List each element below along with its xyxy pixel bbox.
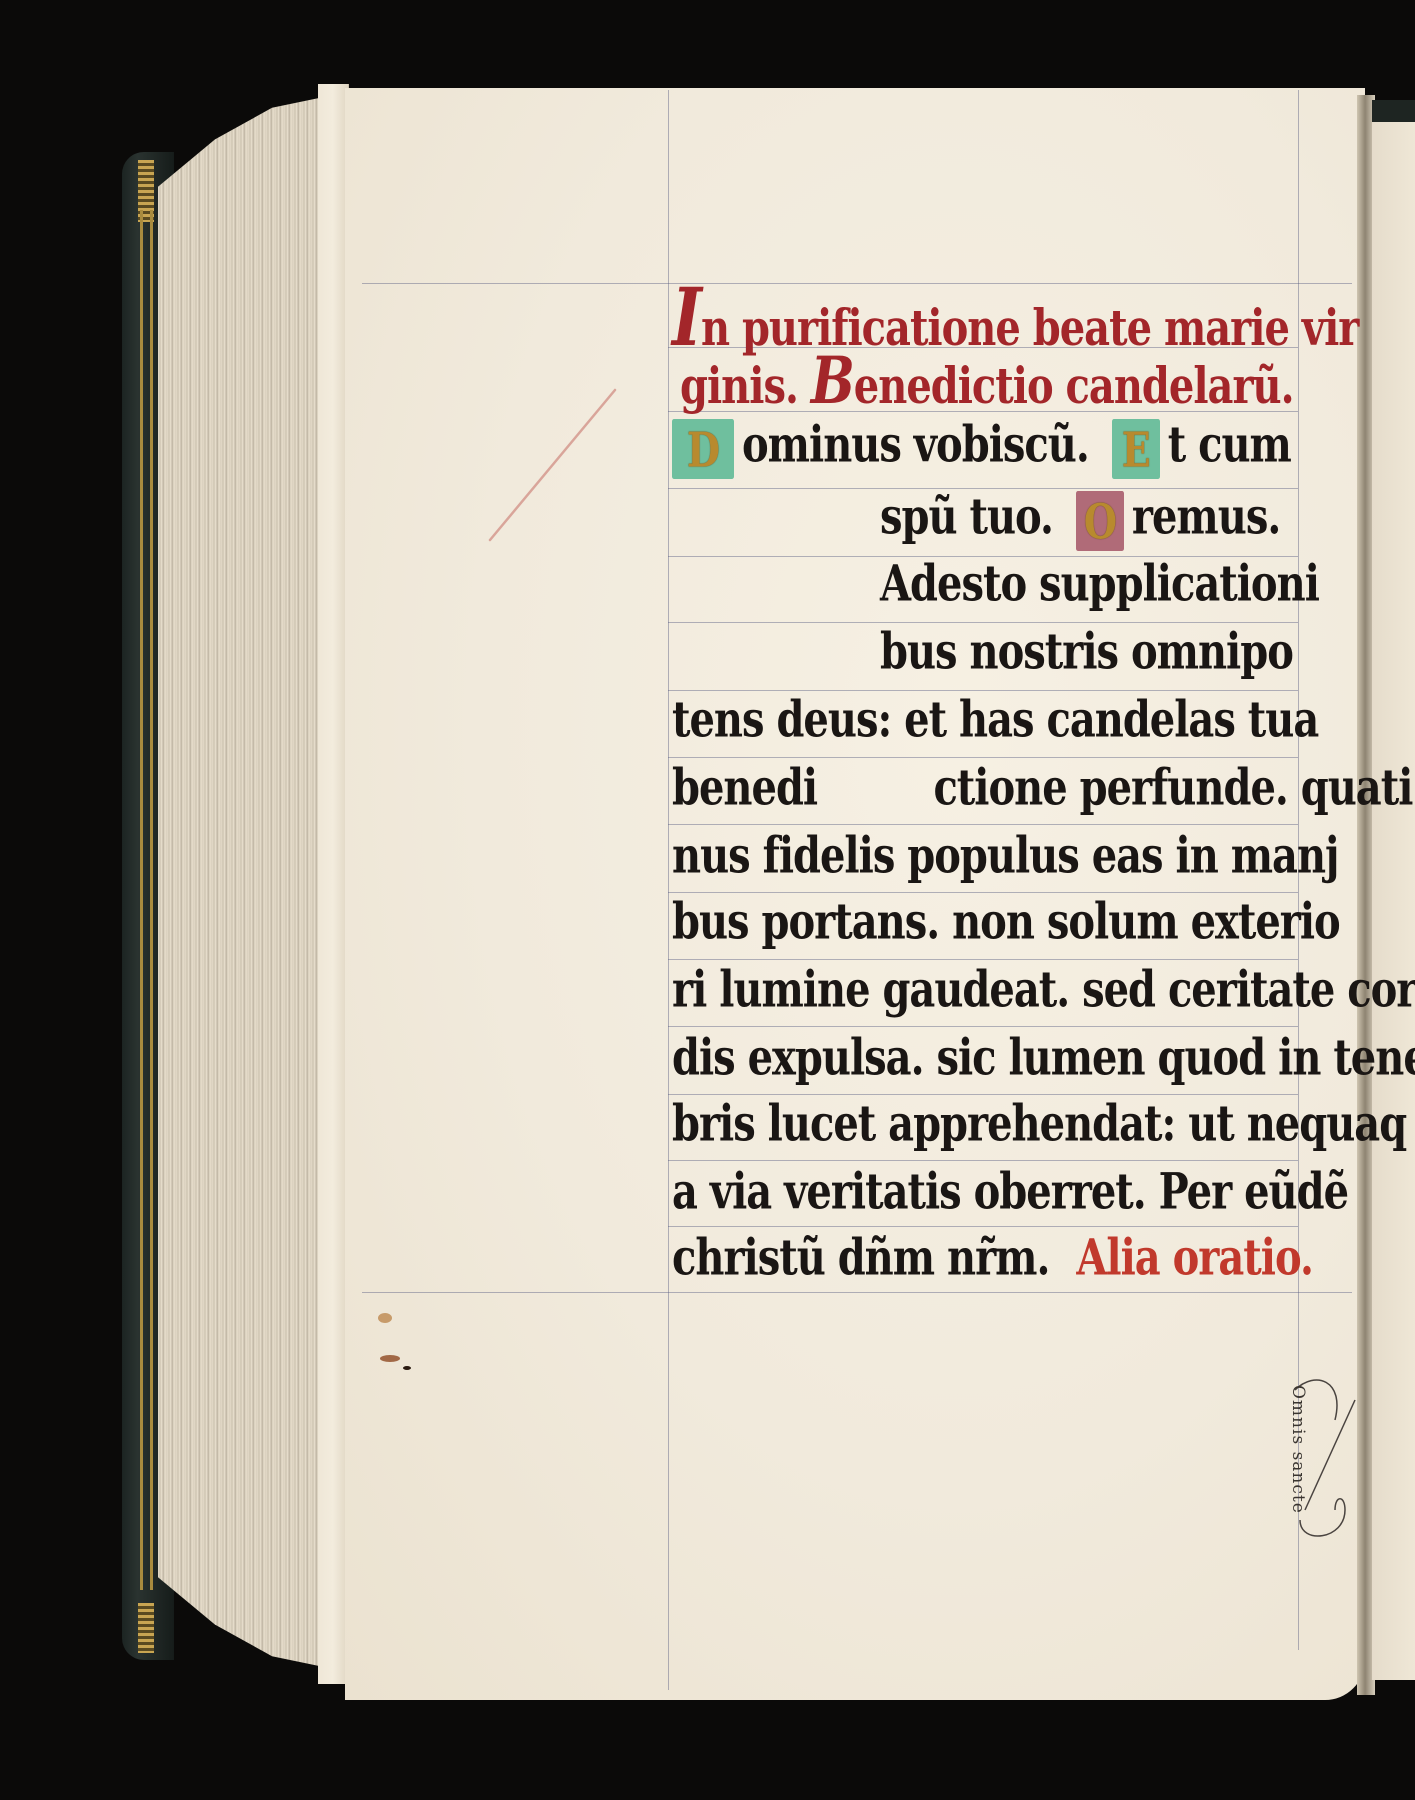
stain-mark — [378, 1313, 392, 1323]
versicle-line-2: spũ tuo. Oremus. — [880, 487, 1280, 551]
prayer-line: tens deus: et has candelas tua — [672, 690, 1318, 749]
illuminated-initial-E: E — [1112, 419, 1160, 479]
prayer-line: bus portans. non solum exterio — [672, 892, 1340, 951]
ruling-line — [668, 1026, 1298, 1027]
prayer-line: nus fidelis populus eas in manj — [672, 826, 1339, 885]
spine-gilt-bottom — [138, 1603, 154, 1653]
rubric-alia-oratio: Alia oratio. — [1076, 1228, 1313, 1287]
ruling-bottom — [362, 1292, 1352, 1293]
spine-gilt-line — [140, 210, 143, 1590]
spine-gilt-line — [150, 210, 153, 1590]
red-pen-stroke-icon — [480, 385, 620, 545]
catchword: Omnis sancte — [1288, 1385, 1308, 1514]
prayer-line: benedi ctione perfunde. quati — [672, 758, 1412, 817]
stain-mark — [403, 1366, 411, 1370]
versicle-line-1: Dominus vobiscũ. Et cum — [672, 415, 1291, 479]
prayer-line: Adesto supplicationi — [880, 554, 1319, 613]
cap-B: B — [811, 343, 854, 419]
prayer-line: a via veritatis oberret. Per eũdẽ — [672, 1162, 1348, 1221]
facing-page-edge — [1372, 110, 1415, 1680]
stain-mark — [380, 1355, 400, 1362]
ruling-line — [668, 824, 1298, 825]
closing-line: christũ dñm nr̃m. Alia oratio. — [672, 1228, 1313, 1287]
prayer-line: ri lumine gaudeat. sed ceritate cor — [672, 960, 1415, 1019]
manuscript-photo: In purificatione beate marie vir ginis. … — [0, 0, 1415, 1800]
illuminated-initial-D: D — [672, 419, 734, 479]
ruling-vertical-left — [668, 90, 669, 1690]
prayer-line: bris lucet apprehendat: ut nequaq — [672, 1094, 1406, 1153]
prayer-line: bus nostris omnipo — [880, 622, 1293, 681]
illuminated-initial-O: O — [1076, 491, 1124, 551]
rubric-heading-line-2: ginis. Benedictio candelarũ. — [680, 343, 1294, 419]
ruling-line — [668, 1226, 1298, 1227]
prayer-line: dis expulsa. sic lumen quod in tene — [672, 1028, 1415, 1087]
ruling-line — [668, 1160, 1298, 1161]
facing-cover — [1372, 100, 1415, 122]
